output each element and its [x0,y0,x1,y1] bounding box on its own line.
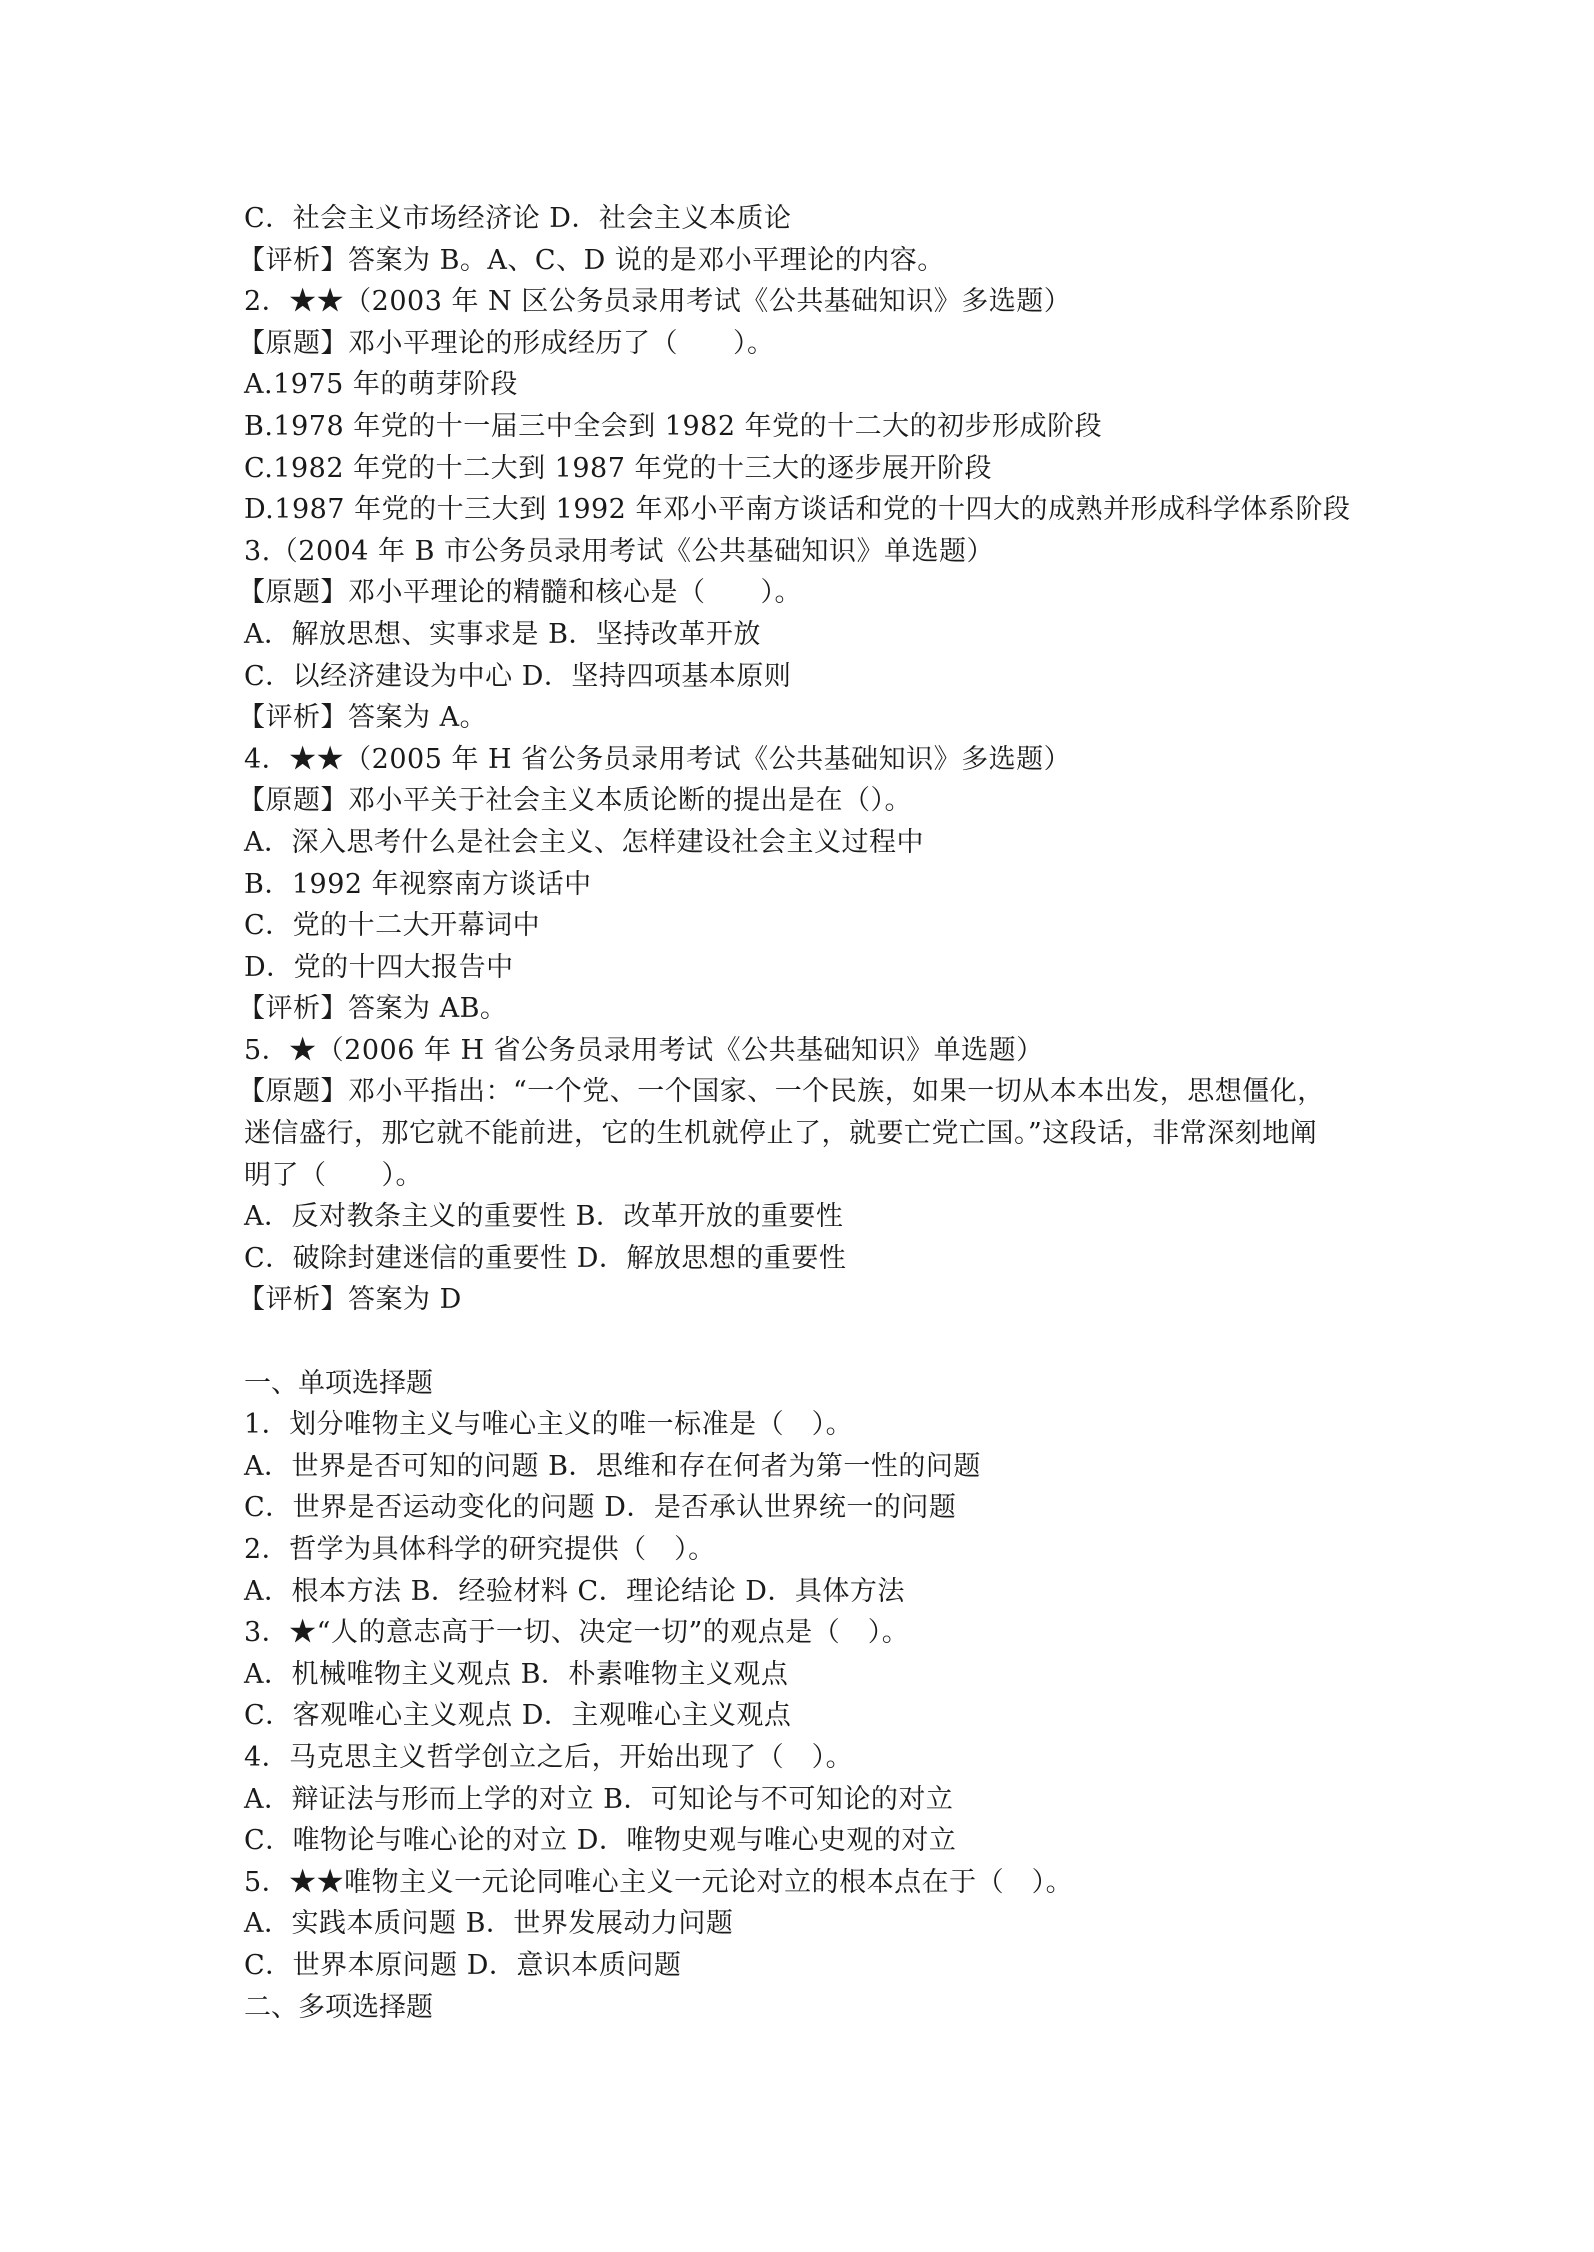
option-line: C．客观唯心主义观点 D．主观唯心主义观点 [244,1695,1394,1737]
option-line: C．世界是否运动变化的问题 D．是否承认世界统一的问题 [244,1487,1394,1529]
analysis-line: 【评析】答案为 D [238,1279,1394,1321]
analysis-line: 【评析】答案为 B。A、C、D 说的是邓小平理论的内容。 [238,240,1394,282]
analysis-line: 【评析】答案为 AB。 [238,988,1394,1030]
option-line: D．党的十四大报告中 [244,947,1394,989]
question-stem: 5．★★唯物主义一元论同唯心主义一元论对立的根本点在于（ ）。 [244,1862,1394,1904]
option-line: A．世界是否可知的问题 B．思维和存在何者为第一性的问题 [244,1446,1394,1488]
question-stem-continued: 迷信盛行，那它就不能前进，它的生机就停止了，就要亡党亡国。”这段话，非常深刻地阐 [244,1113,1394,1155]
option-line: C．破除封建迷信的重要性 D．解放思想的重要性 [244,1238,1394,1280]
question-header: 3.（2004 年 B 市公务员录用考试《公共基础知识》单选题） [244,531,1394,573]
option-line: A.1975 年的萌芽阶段 [244,364,1394,406]
question-stem: 【原题】邓小平指出：“一个党、一个国家、一个民族，如果一切从本本出发，思想僵化， [238,1071,1394,1113]
document-page: C．社会主义市场经济论 D．社会主义本质论 【评析】答案为 B。A、C、D 说的… [244,198,1394,2028]
option-line: C．社会主义市场经济论 D．社会主义本质论 [244,198,1394,240]
question-stem: 1．划分唯物主义与唯心主义的唯一标准是（ ）。 [244,1404,1394,1446]
option-line: B.1978 年党的十一届三中全会到 1982 年党的十二大的初步形成阶段 [244,406,1394,448]
option-line: C．唯物论与唯心论的对立 D．唯物史观与唯心史观的对立 [244,1820,1394,1862]
section-heading-multiple-choice: 二、多项选择题 [244,1987,1394,2029]
option-line: A．根本方法 B．经验材料 C．理论结论 D．具体方法 [244,1571,1394,1613]
option-line: D.1987 年党的十三大到 1992 年邓小平南方谈话和党的十四大的成熟并形成… [244,489,1394,531]
question-header: 2．★★（2003 年 N 区公务员录用考试《公共基础知识》多选题） [244,281,1394,323]
option-line: A．深入思考什么是社会主义、怎样建设社会主义过程中 [244,822,1394,864]
question-stem: 2．哲学为具体科学的研究提供（ ）。 [244,1529,1394,1571]
question-stem: 【原题】邓小平关于社会主义本质论断的提出是在（）。 [238,780,1394,822]
option-line: A．机械唯物主义观点 B．朴素唯物主义观点 [244,1654,1394,1696]
option-line: C．世界本原问题 D．意识本质问题 [244,1945,1394,1987]
question-stem: 3．★“人的意志高于一切、决定一切”的观点是（ ）。 [244,1612,1394,1654]
analysis-line: 【评析】答案为 A。 [238,697,1394,739]
option-line: C.1982 年党的十二大到 1987 年党的十三大的逐步展开阶段 [244,448,1394,490]
option-line: A．辩证法与形而上学的对立 B．可知论与不可知论的对立 [244,1779,1394,1821]
option-line: A．解放思想、实事求是 B．坚持改革开放 [244,614,1394,656]
question-stem-continued: 明了（ ）。 [244,1155,1394,1197]
blank-line [244,1321,1394,1363]
section-heading-single-choice: 一、单项选择题 [244,1363,1394,1405]
question-header: 5．★（2006 年 H 省公务员录用考试《公共基础知识》单选题） [244,1030,1394,1072]
question-stem: 【原题】邓小平理论的精髓和核心是（ ）。 [238,572,1394,614]
question-stem: 4．马克思主义哲学创立之后，开始出现了（ ）。 [244,1737,1394,1779]
option-line: A．实践本质问题 B．世界发展动力问题 [244,1903,1394,1945]
option-line: C．以经济建设为中心 D．坚持四项基本原则 [244,656,1394,698]
question-stem: 【原题】邓小平理论的形成经历了（ ）。 [238,323,1394,365]
option-line: A．反对教条主义的重要性 B．改革开放的重要性 [244,1196,1394,1238]
option-line: C．党的十二大开幕词中 [244,905,1394,947]
option-line: B．1992 年视察南方谈话中 [244,864,1394,906]
question-header: 4．★★（2005 年 H 省公务员录用考试《公共基础知识》多选题） [244,739,1394,781]
